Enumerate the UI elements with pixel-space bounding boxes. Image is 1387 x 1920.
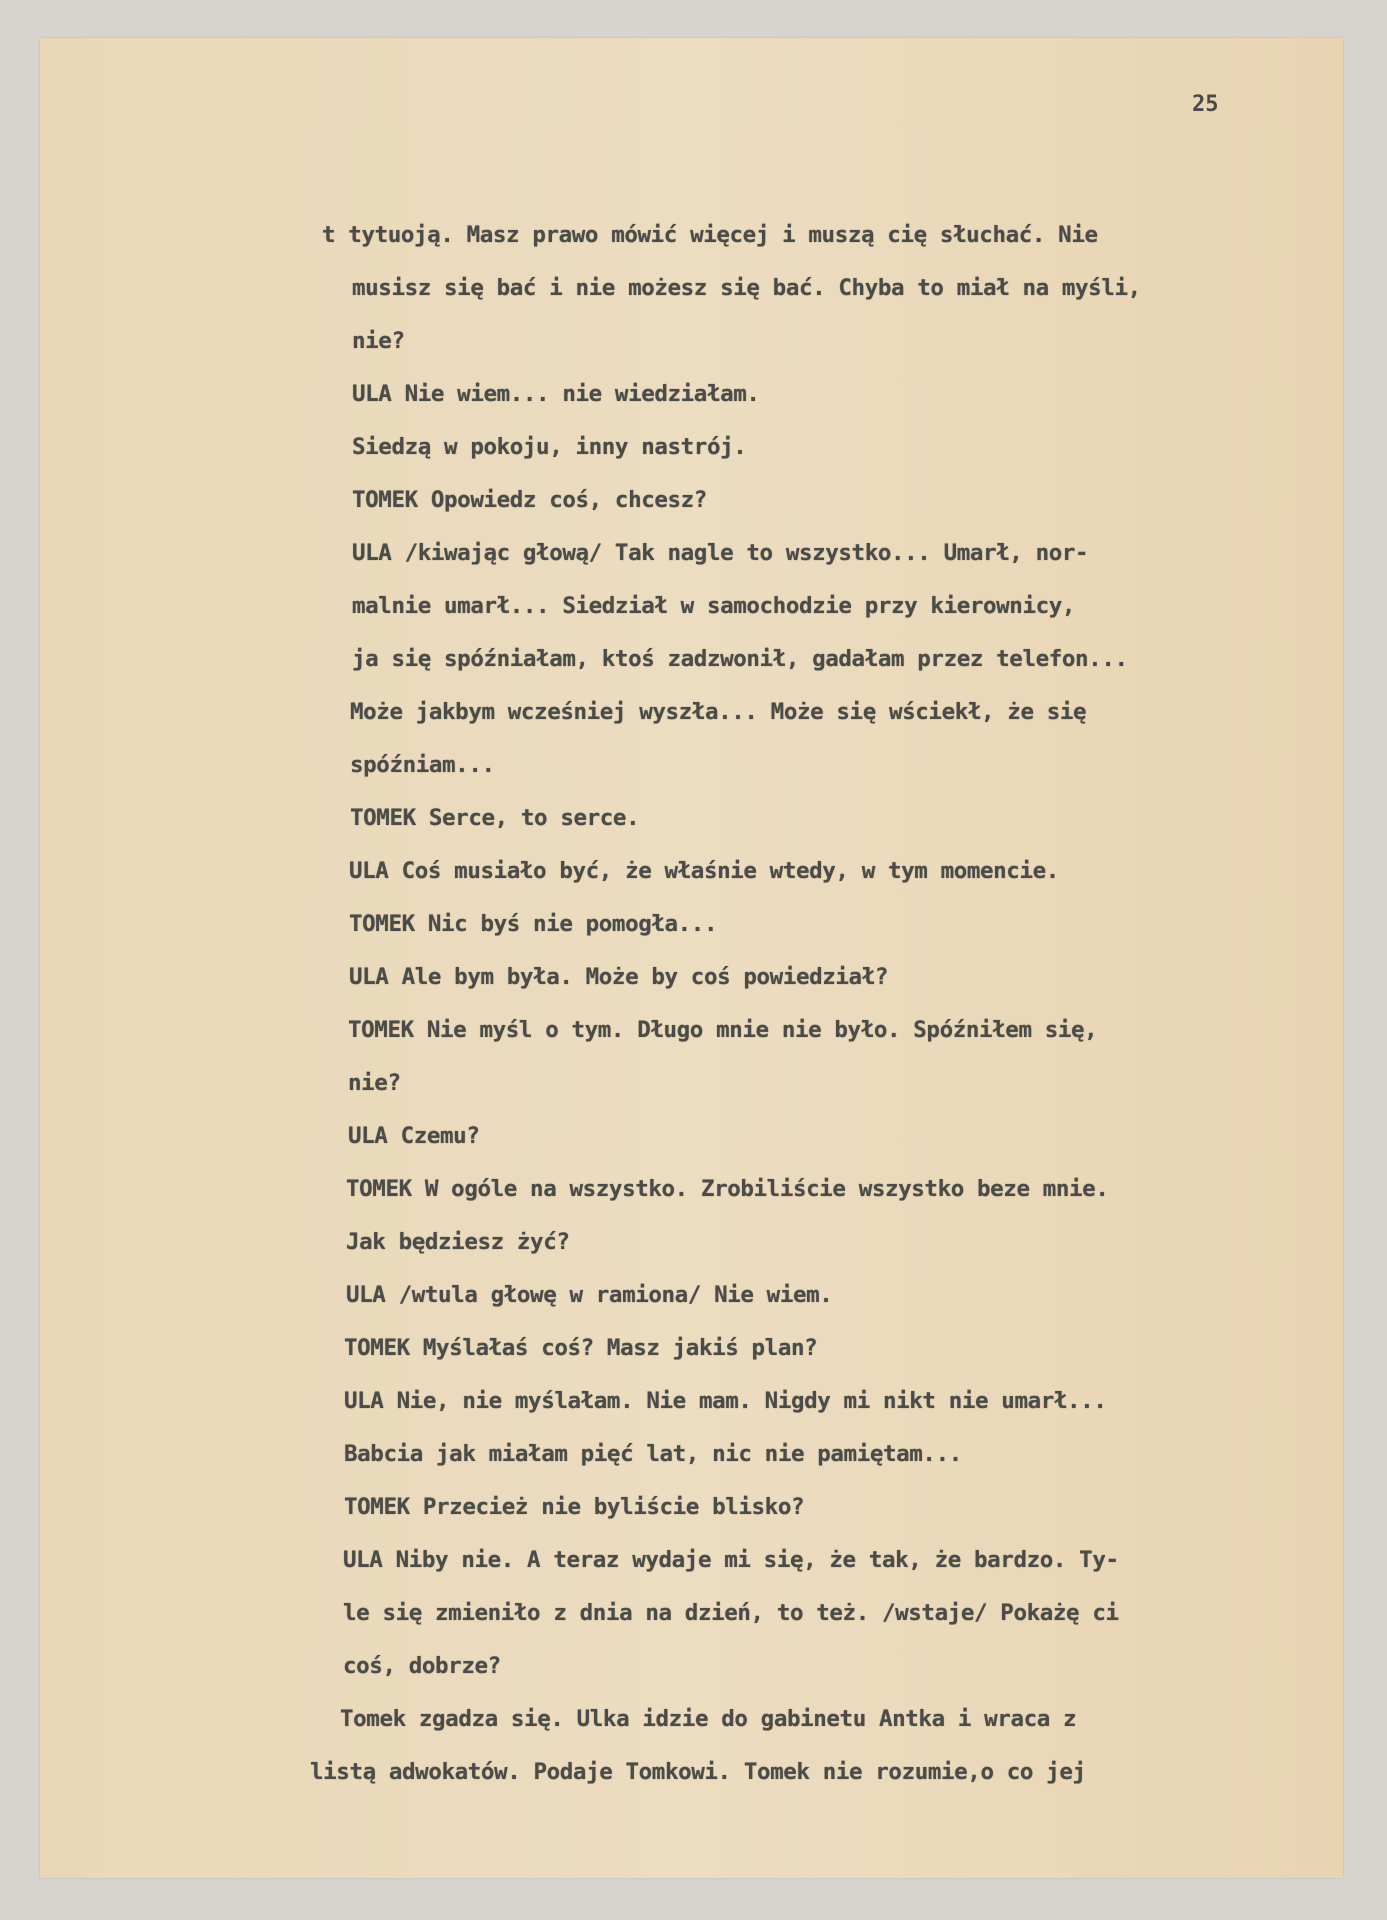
text-line: malnie umarł... Siedział w samochodzie p… [352,593,1075,619]
text-line: ja się spóźniałam, ktoś zadzwonił, gadał… [352,646,1128,672]
page-number: 25 [1192,92,1219,117]
text-line: le się zmieniło z dnia na dzień, to też.… [343,1600,1119,1626]
text-line: Babcia jak miałam pięć lat, nic nie pami… [344,1441,962,1467]
text-line: Jak będziesz żyć? [346,1229,570,1255]
text-line: TOMEK Nie myśl o tym. Długo mnie nie był… [348,1017,1097,1043]
text-line: ULA Niby nie. A teraz wydaje mi się, że … [343,1547,1119,1573]
text-line: Może jakbym wcześniej wyszła... Może się… [350,699,1086,725]
text-line: TOMEK Myślałaś coś? Masz jakiś plan? [344,1335,817,1361]
text-line: TOMEK Przecież nie byliście blisko? [344,1494,804,1520]
text-line: musisz się bać i nie możesz się bać. Chy… [352,275,1141,301]
text-line: ULA Ale bym była. Może by coś powiedział… [349,964,888,990]
text-line: ULA Czemu? [348,1123,479,1149]
text-line: t tytuoją. Masz prawo mówić więcej i mus… [322,222,1098,248]
text-line: nie? [352,328,405,354]
text-line: ULA Nie, nie myślałam. Nie mam. Nigdy mi… [344,1388,1106,1414]
text-line: Siedzą w pokoju, inny nastrój. [352,434,746,460]
text-line: TOMEK Serce, to serce. [350,805,639,831]
text-line: ULA Nie wiem... nie wiedziałam. [352,381,760,407]
text-line: spóźniam... [350,752,495,778]
text-line: ULA Coś musiało być, że właśnie wtedy, w… [349,858,1059,884]
text-line: TOMEK Opowiedz coś, chcesz? [352,487,707,513]
text-line: TOMEK W ogóle na wszystko. Zrobiliście w… [346,1176,1108,1202]
text-line: listą adwokatów. Podaje Tomkowi. Tomek n… [310,1759,1086,1785]
text-line: ULA /wtula głowę w ramiona/ Nie wiem. [346,1282,832,1308]
text-line: nie? [348,1070,401,1096]
text-line: Tomek zgadza się. Ulka idzie do gabinetu… [340,1706,1076,1732]
text-line: TOMEK Nic byś nie pomogła... [349,911,717,937]
text-line: coś, dobrze? [343,1653,501,1679]
text-line: ULA /kiwając głową/ Tak nagle to wszystk… [352,540,1088,566]
